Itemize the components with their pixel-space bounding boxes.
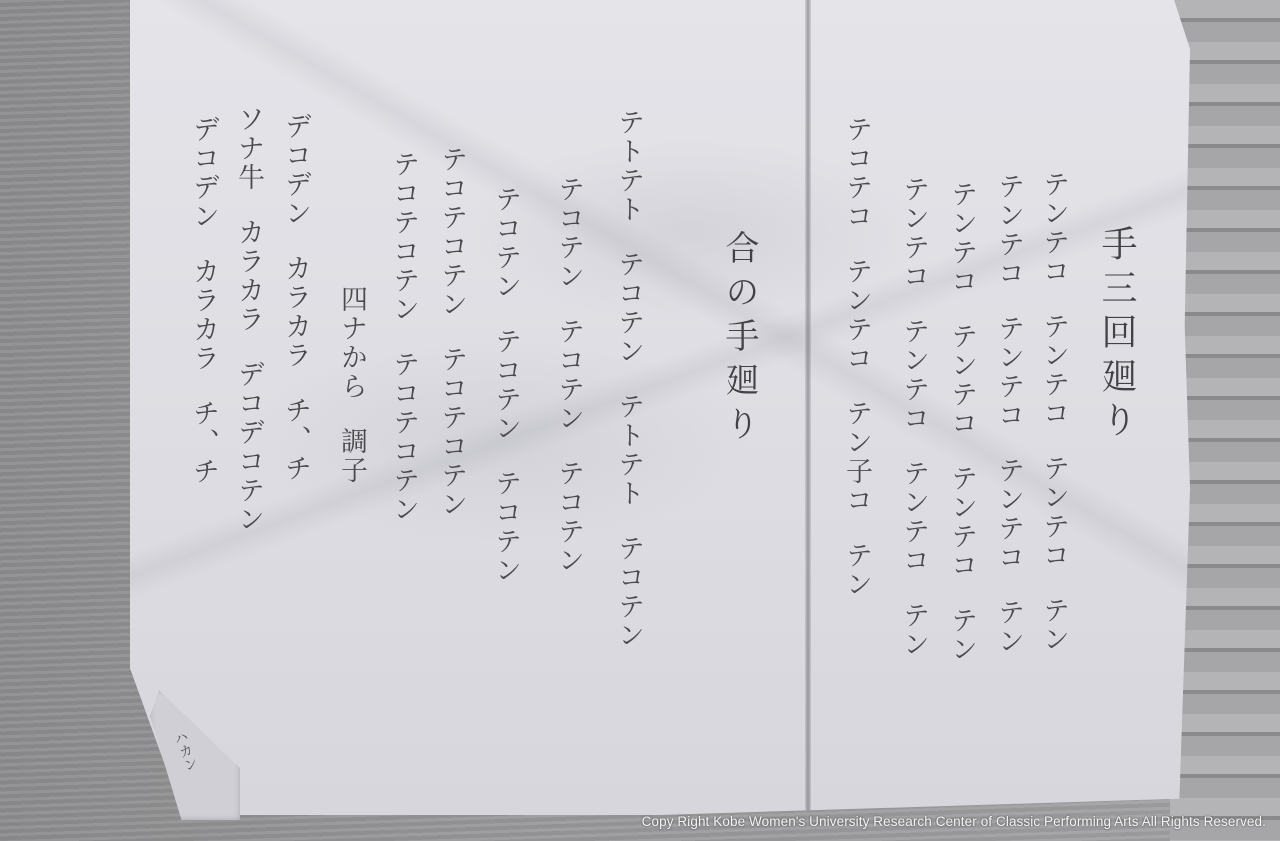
notation-segment: テコテン xyxy=(615,534,642,650)
notation-segment: テン xyxy=(995,598,1022,656)
right-col-3: テンテコテンテコテンテコテン xyxy=(948,180,975,690)
notation-segment: テン子コ xyxy=(843,399,870,515)
notation-segment: テトテト xyxy=(615,392,642,508)
right-col-1: テンテコテンテコテンテコテン xyxy=(1040,170,1067,680)
notation-segment: テンテコ xyxy=(995,456,1022,572)
notation-segment: テンテコ xyxy=(900,175,927,291)
notation-segment: テンテコ xyxy=(948,322,975,438)
notation-segment: テコテコテン xyxy=(438,145,465,319)
notation-segment: チ、チ xyxy=(282,396,309,483)
notation-segment: テトテト xyxy=(615,108,642,224)
section-title-te-sankai-mawari: 手三回廻り xyxy=(1098,225,1134,445)
notation-segment: テコテン xyxy=(492,327,519,443)
left-col-7: デコデンカラカラチ、チ xyxy=(282,112,309,509)
notation-segment: 調子 xyxy=(338,427,365,485)
right-col-2: テンテコテンテコテンテコテン xyxy=(995,172,1022,682)
notation-segment: 四ナから xyxy=(338,285,365,401)
notation-segment: デコデン xyxy=(282,112,309,228)
notation-segment: テンテコ xyxy=(995,172,1022,288)
notation-segment: テコテン xyxy=(492,185,519,301)
notation-segment: テンテコ xyxy=(1040,312,1067,428)
notation-segment: テン xyxy=(1040,596,1067,654)
notation-segment: テコテコ xyxy=(843,115,870,231)
right-col-4: テンテコテンテコテンテコテン xyxy=(900,175,927,685)
notation-segment: テン xyxy=(843,541,870,599)
left-col-3: テコテンテコテンテコテン xyxy=(492,185,519,611)
left-col-5: テコテコテンテコテコテン xyxy=(390,150,417,550)
notation-segment: テコテン xyxy=(555,175,582,291)
left-col-2: テコテンテコテンテコテン xyxy=(555,175,582,601)
notation-segment: テンテコ xyxy=(948,464,975,580)
notation-segment: テンテコ xyxy=(995,314,1022,430)
notation-segment: カラカラ xyxy=(282,254,309,370)
copyright-watermark: Copy Right Kobe Women's University Resea… xyxy=(642,814,1266,829)
notation-segment: テンテコ xyxy=(1040,454,1067,570)
notation-segment: テコテン xyxy=(555,317,582,433)
notation-segment: デコデコテン xyxy=(235,360,262,534)
section-title-ai-no-te-mawari: 合の手廻り xyxy=(722,230,756,450)
left-col-1: テトテトテコテンテトテトテコテン xyxy=(615,108,642,676)
left-col-4: テコテコテンテコテコテン xyxy=(438,145,465,545)
notation-segment: ソナ牛 xyxy=(235,105,262,192)
notation-segment: デコデン xyxy=(190,115,217,231)
notation-segment: テンテコ xyxy=(900,459,927,575)
notation-segment: テンテコ xyxy=(900,317,927,433)
notation-segment: テコテコテン xyxy=(390,350,417,524)
notation-segment: テコテン xyxy=(555,459,582,575)
notation-segment: テンテコ xyxy=(843,257,870,373)
left-col-6: 四ナから調子 xyxy=(338,285,365,511)
notation-segment: テコテコテン xyxy=(390,150,417,324)
notation-segment: カラカラ xyxy=(190,257,217,373)
notation-segment: テコテン xyxy=(492,469,519,585)
center-fold xyxy=(805,0,811,815)
notation-segment: テン xyxy=(900,601,927,659)
notation-segment: テンテコ xyxy=(948,180,975,296)
notation-segment: カラカラ xyxy=(235,218,262,334)
notation-segment: テンテコ xyxy=(1040,170,1067,286)
notation-segment: テコテン xyxy=(615,250,642,366)
notation-segment: テン xyxy=(948,606,975,664)
left-col-8: ソナ牛カラカラデコデコテン xyxy=(235,105,262,560)
right-col-5: テコテコテンテコテン子コテン xyxy=(843,115,870,625)
notation-segment: チ、チ xyxy=(190,399,217,486)
left-col-9: デコデンカラカラチ、チ xyxy=(190,115,217,512)
notation-segment: テコテコテン xyxy=(438,345,465,519)
